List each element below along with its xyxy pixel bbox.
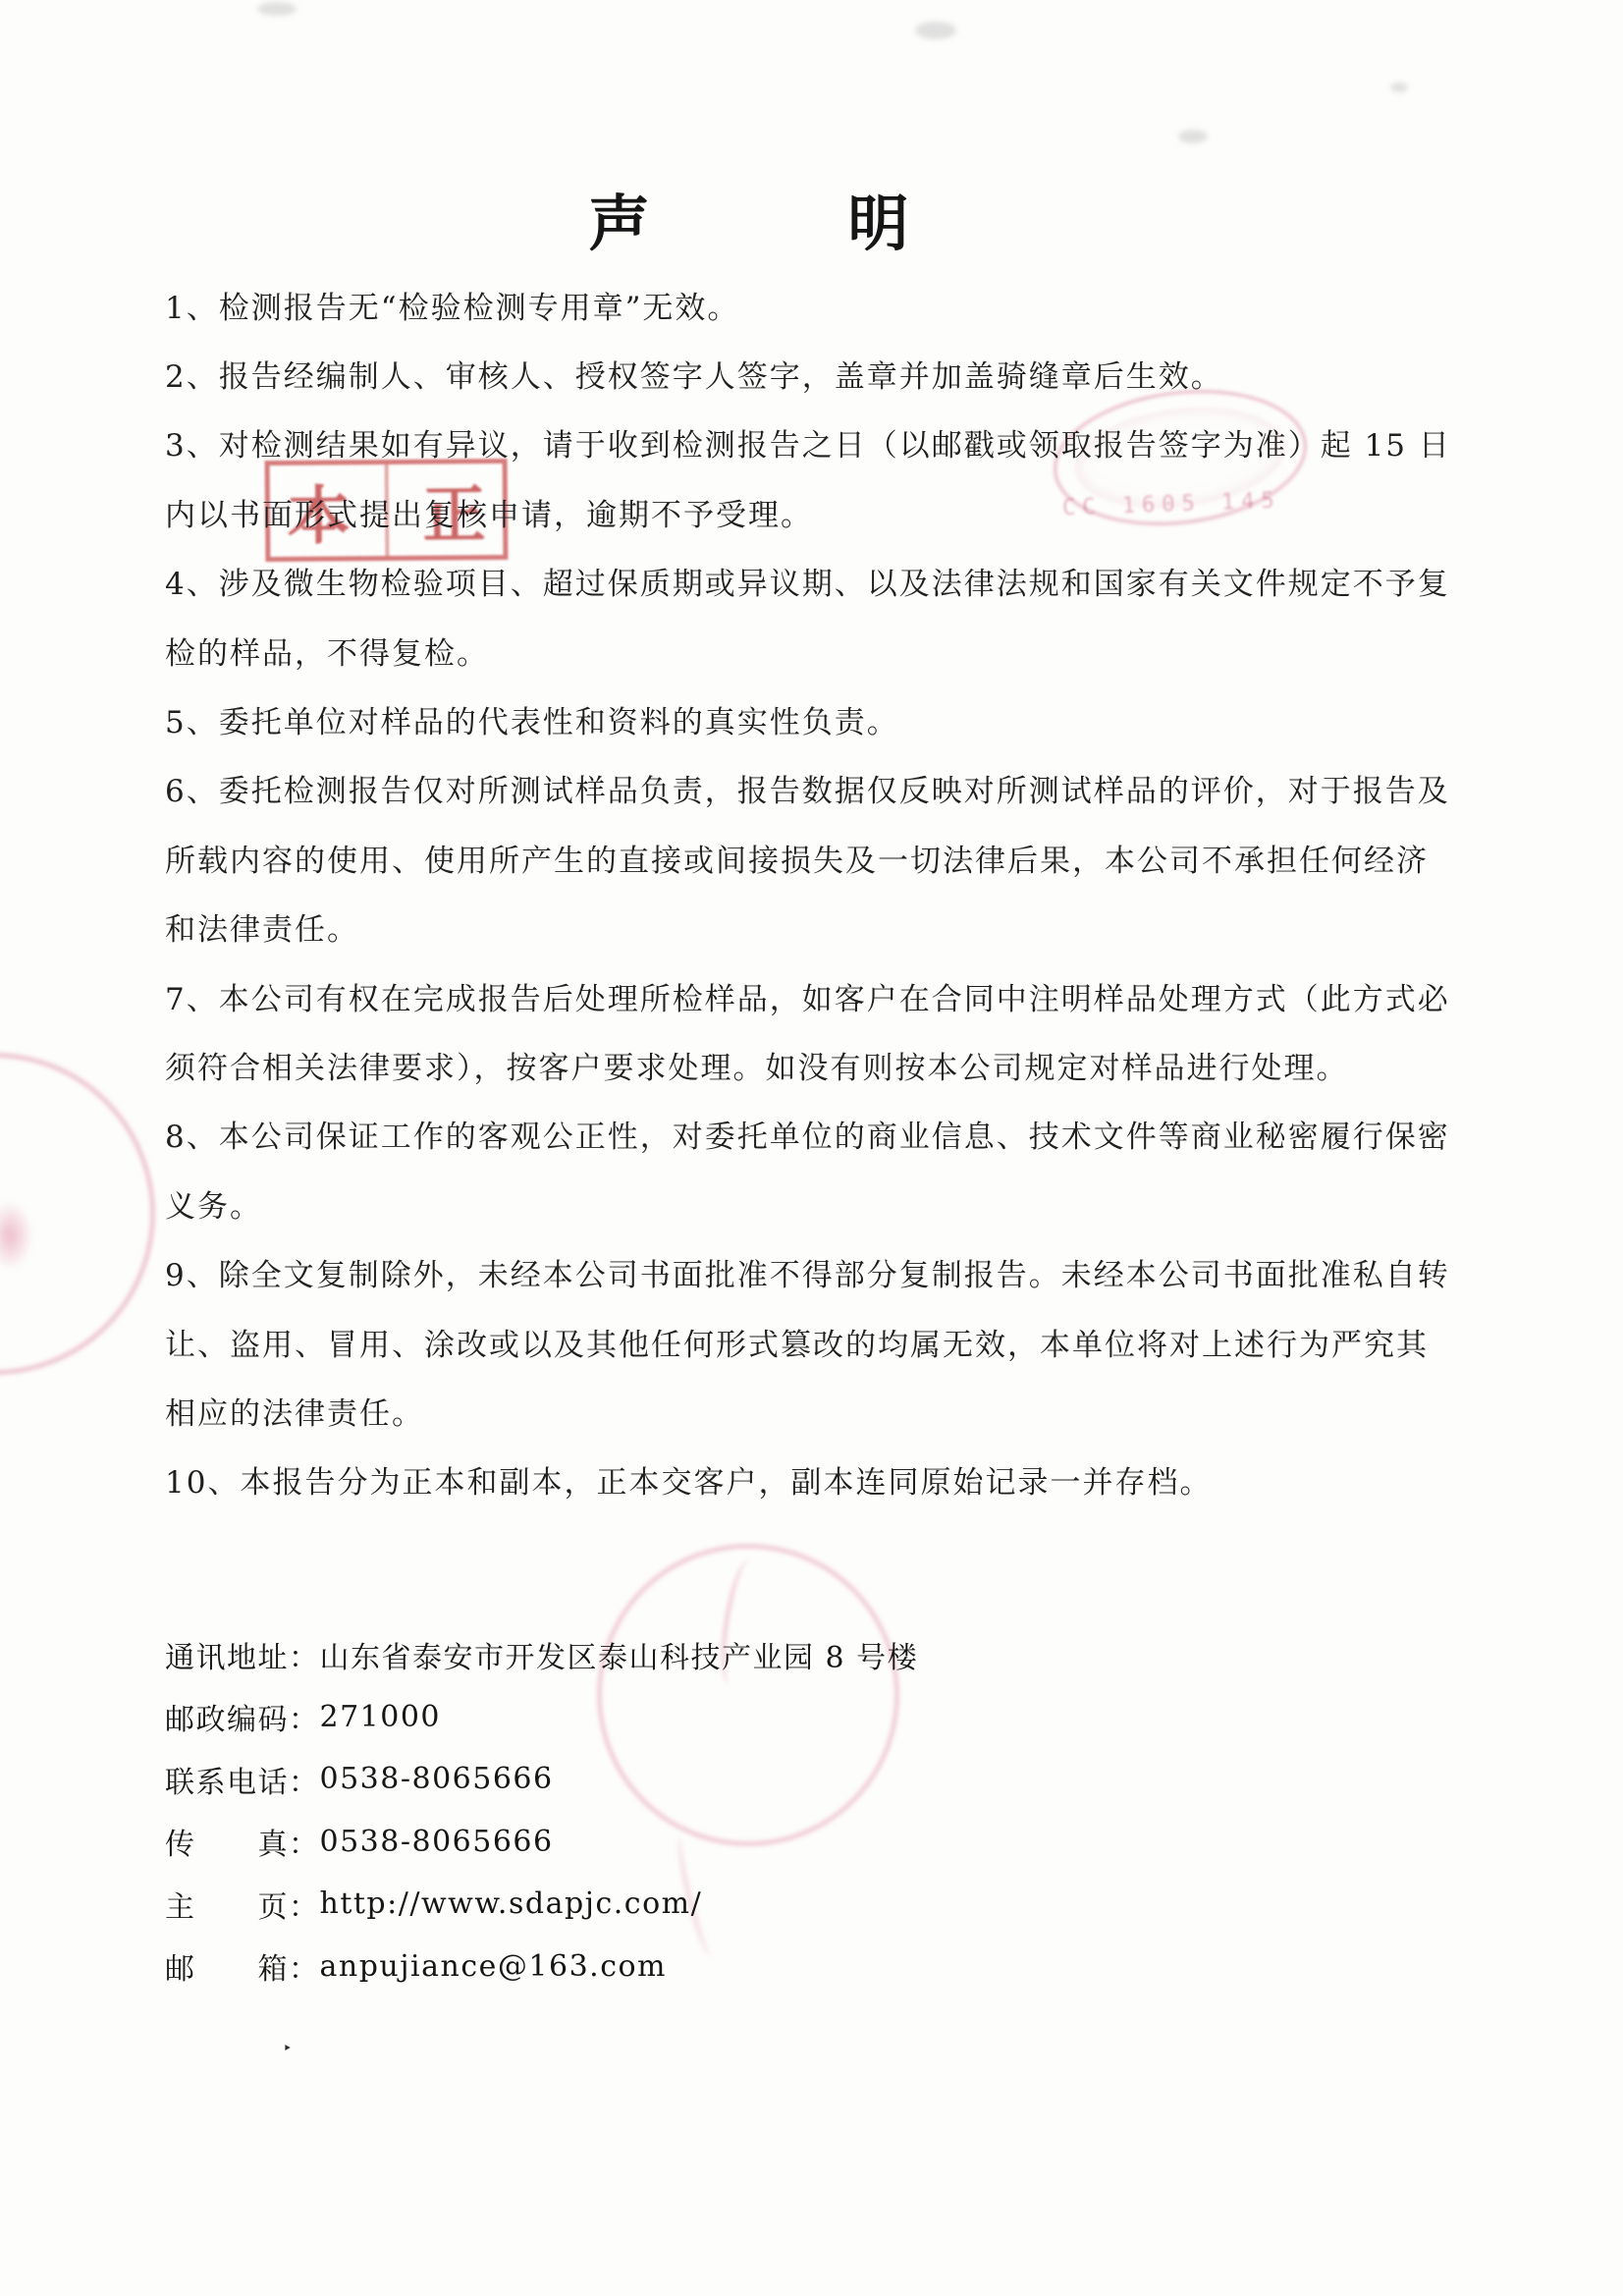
left-edge-round-stamp: [0, 1053, 155, 1375]
contact-row-fax: 传 真： 0538-8065666: [165, 1811, 1343, 1874]
statement-line: 义务。: [165, 1169, 1471, 1237]
statement-line: 8、本公司保证工作的客观公正性，对委托单位的商业信息、技术文件等商业秘密履行保密: [165, 1100, 1471, 1169]
contact-value-postcode: 271000: [320, 1700, 442, 1734]
statement-line: 检的样品，不得复检。: [165, 616, 1471, 684]
contact-value-phone: 0538-8065666: [320, 1762, 554, 1796]
scan-smudge: [1390, 82, 1408, 92]
contact-row-postcode: 邮政编码： 271000: [165, 1686, 1343, 1749]
contact-label-address: 通讯地址：: [165, 1633, 320, 1676]
statement-line: 内以书面形式提出复核申请，逾期不予受理。: [165, 477, 1471, 546]
declaration-page: CC 1605 145 本 正 声 明 1、检测报告无“检验检测专用章”无效。 …: [0, 0, 1623, 2296]
contact-value-address: 山东省泰安市开发区泰山科技产业园 8 号楼: [320, 1633, 919, 1676]
statement-line: 3、对检测结果如有异议，请于收到检测报告之日（以邮戳或领取报告签字为准）起 15…: [165, 409, 1471, 477]
scan-smudge: [915, 22, 956, 39]
contact-label-homepage: 主 页：: [165, 1883, 320, 1926]
contact-value-fax: 0538-8065666: [320, 1825, 554, 1859]
statement-line: 4、涉及微生物检验项目、超过保质期或异议期、以及法律法规和国家有关文件规定不予复: [165, 547, 1471, 616]
statement-line: 10、本报告分为正本和副本，正本交客户，副本连同原始记录一并存档。: [165, 1446, 1471, 1514]
statement-line: 和法律责任。: [165, 893, 1471, 961]
contact-value-email: anpujiance@163.com: [320, 1949, 668, 1984]
contact-label-email: 邮 箱：: [165, 1944, 320, 1988]
statement-body: 1、检测报告无“检验检测专用章”无效。 2、报告经编制人、审核人、授权签字人签字…: [165, 270, 1471, 1514]
contact-label-fax: 传 真：: [165, 1820, 320, 1863]
statement-line: 9、除全文复制除外，未经本公司书面批准不得部分复制报告。未经本公司书面批准私自转: [165, 1237, 1471, 1306]
statement-line: 5、委托单位对样品的代表性和资料的真实性负责。: [165, 684, 1471, 753]
contact-row-homepage: 主 页： http://www.sdapjc.com/: [165, 1873, 1343, 1936]
contact-row-email: 邮 箱： anpujiance@163.com: [165, 1936, 1343, 1998]
contact-label-phone: 联系电话：: [165, 1758, 320, 1801]
contact-value-homepage-url: http://www.sdapjc.com/: [320, 1886, 703, 1921]
page-title: 声 明: [0, 175, 1562, 262]
statement-line: 6、委托检测报告仅对所测试样品负责，报告数据仅反映对所测试样品的评价，对于报告及: [165, 754, 1471, 823]
statement-line: 7、本公司有权在完成报告后处理所检样品，如客户在合同中注明样品处理方式（此方式必: [165, 961, 1471, 1030]
scan-smudge: [1178, 130, 1208, 143]
contact-row-phone: 联系电话： 0538-8065666: [165, 1748, 1343, 1811]
statement-line: 所载内容的使用、使用所产生的直接或间接损失及一切法律后果，本公司不承担任何经济: [165, 823, 1471, 892]
scan-smudge: [257, 2, 297, 16]
statement-line: 让、盗用、冒用、涂改或以及其他任何形式篡改的均属无效，本单位将对上述行为严究其: [165, 1307, 1471, 1376]
stray-ink-mark: ‣: [283, 2039, 292, 2057]
contact-block: 通讯地址： 山东省泰安市开发区泰山科技产业园 8 号楼 邮政编码： 271000…: [165, 1623, 1343, 1997]
statement-line: 相应的法律责任。: [165, 1376, 1471, 1445]
contact-row-address: 通讯地址： 山东省泰安市开发区泰山科技产业园 8 号楼: [165, 1623, 1343, 1686]
statement-line: 1、检测报告无“检验检测专用章”无效。: [165, 270, 1471, 339]
left-edge-ink-blob: [0, 1200, 33, 1271]
statement-line: 须符合相关法律要求），按客户要求处理。如没有则按本公司规定对样品进行处理。: [165, 1030, 1471, 1099]
statement-line: 2、报告经编制人、审核人、授权签字人签字，盖章并加盖骑缝章后生效。: [165, 339, 1471, 408]
contact-label-postcode: 邮政编码：: [165, 1695, 320, 1738]
